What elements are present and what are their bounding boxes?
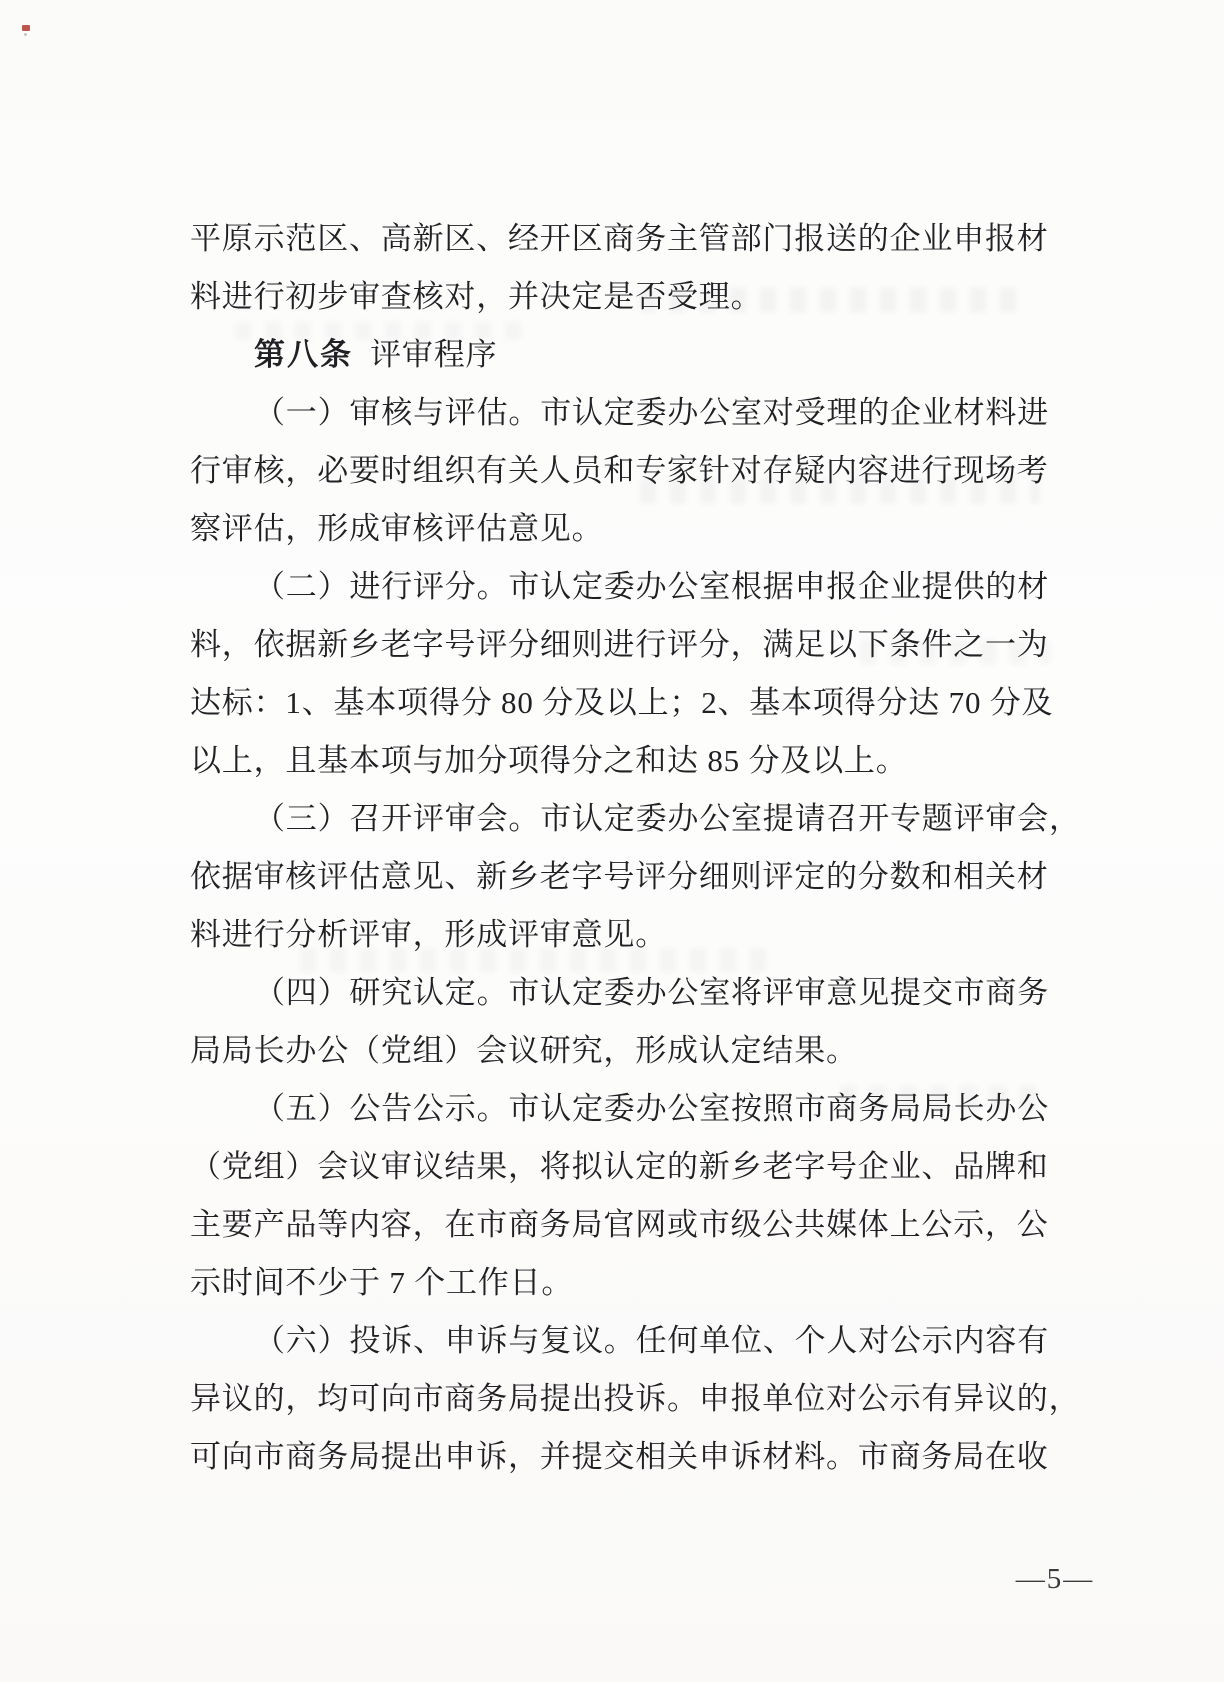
- text-line: 行审核，必要时组织有关人员和专家针对存疑内容进行现场考: [190, 442, 1070, 500]
- text-line: 料进行分析评审，形成评审意见。: [190, 906, 1070, 964]
- line-text: （党组）会议审议结果，将拟认定的新乡老字号企业、品牌和: [190, 1149, 1049, 1184]
- line-text: 评审程序: [353, 337, 497, 372]
- line-text: 异议的，均可向市商务局提出投诉。申报单位对公示有异议的，: [190, 1381, 1080, 1416]
- text-line: 异议的，均可向市商务局提出投诉。申报单位对公示有异议的，: [190, 1370, 1070, 1428]
- line-text: 平原示范区、高新区、经开区商务主管部门报送的企业申报材: [190, 221, 1049, 256]
- line-text: 依据审核评估意见、新乡老字号评分细则评定的分数和相关材: [190, 859, 1049, 894]
- line-text: 以上，且基本项与加分项得分之和达 85 分及以上。: [190, 743, 908, 778]
- document-body: 平原示范区、高新区、经开区商务主管部门报送的企业申报材料进行初步审查核对，并决定…: [190, 210, 1070, 1486]
- line-text: 察评估，形成审核评估意见。: [190, 511, 603, 546]
- text-line: 料，依据新乡老字号评分细则进行评分，满足以下条件之一为: [190, 616, 1070, 674]
- line-text: （三）召开评审会。市认定委办公室提请召开专题评审会，: [254, 801, 1081, 836]
- line-text: 主要产品等内容，在市商务局官网或市级公共媒体上公示，公: [190, 1207, 1049, 1242]
- line-text: （六）投诉、申诉与复议。任何单位、个人对公示内容有: [254, 1323, 1049, 1358]
- text-line: 料进行初步审查核对，并决定是否受理。: [190, 268, 1070, 326]
- line-text: 料，依据新乡老字号评分细则进行评分，满足以下条件之一为: [190, 627, 1049, 662]
- text-line: 达标：1、基本项得分 80 分及以上；2、基本项得分达 70 分及: [190, 674, 1070, 732]
- line-text: 料进行初步审查核对，并决定是否受理。: [190, 279, 762, 314]
- line-text: 局局长办公（党组）会议研究，形成认定结果。: [190, 1033, 858, 1068]
- text-line: 第八条 评审程序: [190, 326, 1070, 384]
- page-number: —5—: [995, 1563, 1115, 1596]
- text-line: （一）审核与评估。市认定委办公室对受理的企业材料进: [190, 384, 1070, 442]
- text-line: （二）进行评分。市认定委办公室根据申报企业提供的材: [190, 558, 1070, 616]
- article-number: 第八条: [254, 337, 353, 372]
- line-text: 示时间不少于 7 个工作日。: [190, 1265, 573, 1300]
- text-line: 平原示范区、高新区、经开区商务主管部门报送的企业申报材: [190, 210, 1070, 268]
- line-text: （四）研究认定。市认定委办公室将评审意见提交市商务: [254, 975, 1049, 1010]
- line-text: （一）审核与评估。市认定委办公室对受理的企业材料进: [254, 395, 1049, 430]
- line-text: 可向市商务局提出申诉，并提交相关申诉材料。市商务局在收: [190, 1439, 1049, 1474]
- scan-artifact-red-speck: [22, 25, 30, 31]
- text-line: （党组）会议审议结果，将拟认定的新乡老字号企业、品牌和: [190, 1138, 1070, 1196]
- line-text: （二）进行评分。市认定委办公室根据申报企业提供的材: [254, 569, 1049, 604]
- text-line: 依据审核评估意见、新乡老字号评分细则评定的分数和相关材: [190, 848, 1070, 906]
- text-line: 示时间不少于 7 个工作日。: [190, 1254, 1070, 1312]
- line-text: 料进行分析评审，形成评审意见。: [190, 917, 667, 952]
- text-line: （三）召开评审会。市认定委办公室提请召开专题评审会，: [190, 790, 1070, 848]
- text-line: （六）投诉、申诉与复议。任何单位、个人对公示内容有: [190, 1312, 1070, 1370]
- text-line: （五）公告公示。市认定委办公室按照市商务局局长办公: [190, 1080, 1070, 1138]
- text-line: 察评估，形成审核评估意见。: [190, 500, 1070, 558]
- text-line: 可向市商务局提出申诉，并提交相关申诉材料。市商务局在收: [190, 1428, 1070, 1486]
- text-line: 局局长办公（党组）会议研究，形成认定结果。: [190, 1022, 1070, 1080]
- text-line: （四）研究认定。市认定委办公室将评审意见提交市商务: [190, 964, 1070, 1022]
- document-page: 平原示范区、高新区、经开区商务主管部门报送的企业申报材料进行初步审查核对，并决定…: [0, 0, 1224, 1682]
- line-text: （五）公告公示。市认定委办公室按照市商务局局长办公: [254, 1091, 1049, 1126]
- text-line: 以上，且基本项与加分项得分之和达 85 分及以上。: [190, 732, 1070, 790]
- line-text: 行审核，必要时组织有关人员和专家针对存疑内容进行现场考: [190, 453, 1049, 488]
- line-text: 达标：1、基本项得分 80 分及以上；2、基本项得分达 70 分及: [190, 685, 1053, 720]
- text-line: 主要产品等内容，在市商务局官网或市级公共媒体上公示，公: [190, 1196, 1070, 1254]
